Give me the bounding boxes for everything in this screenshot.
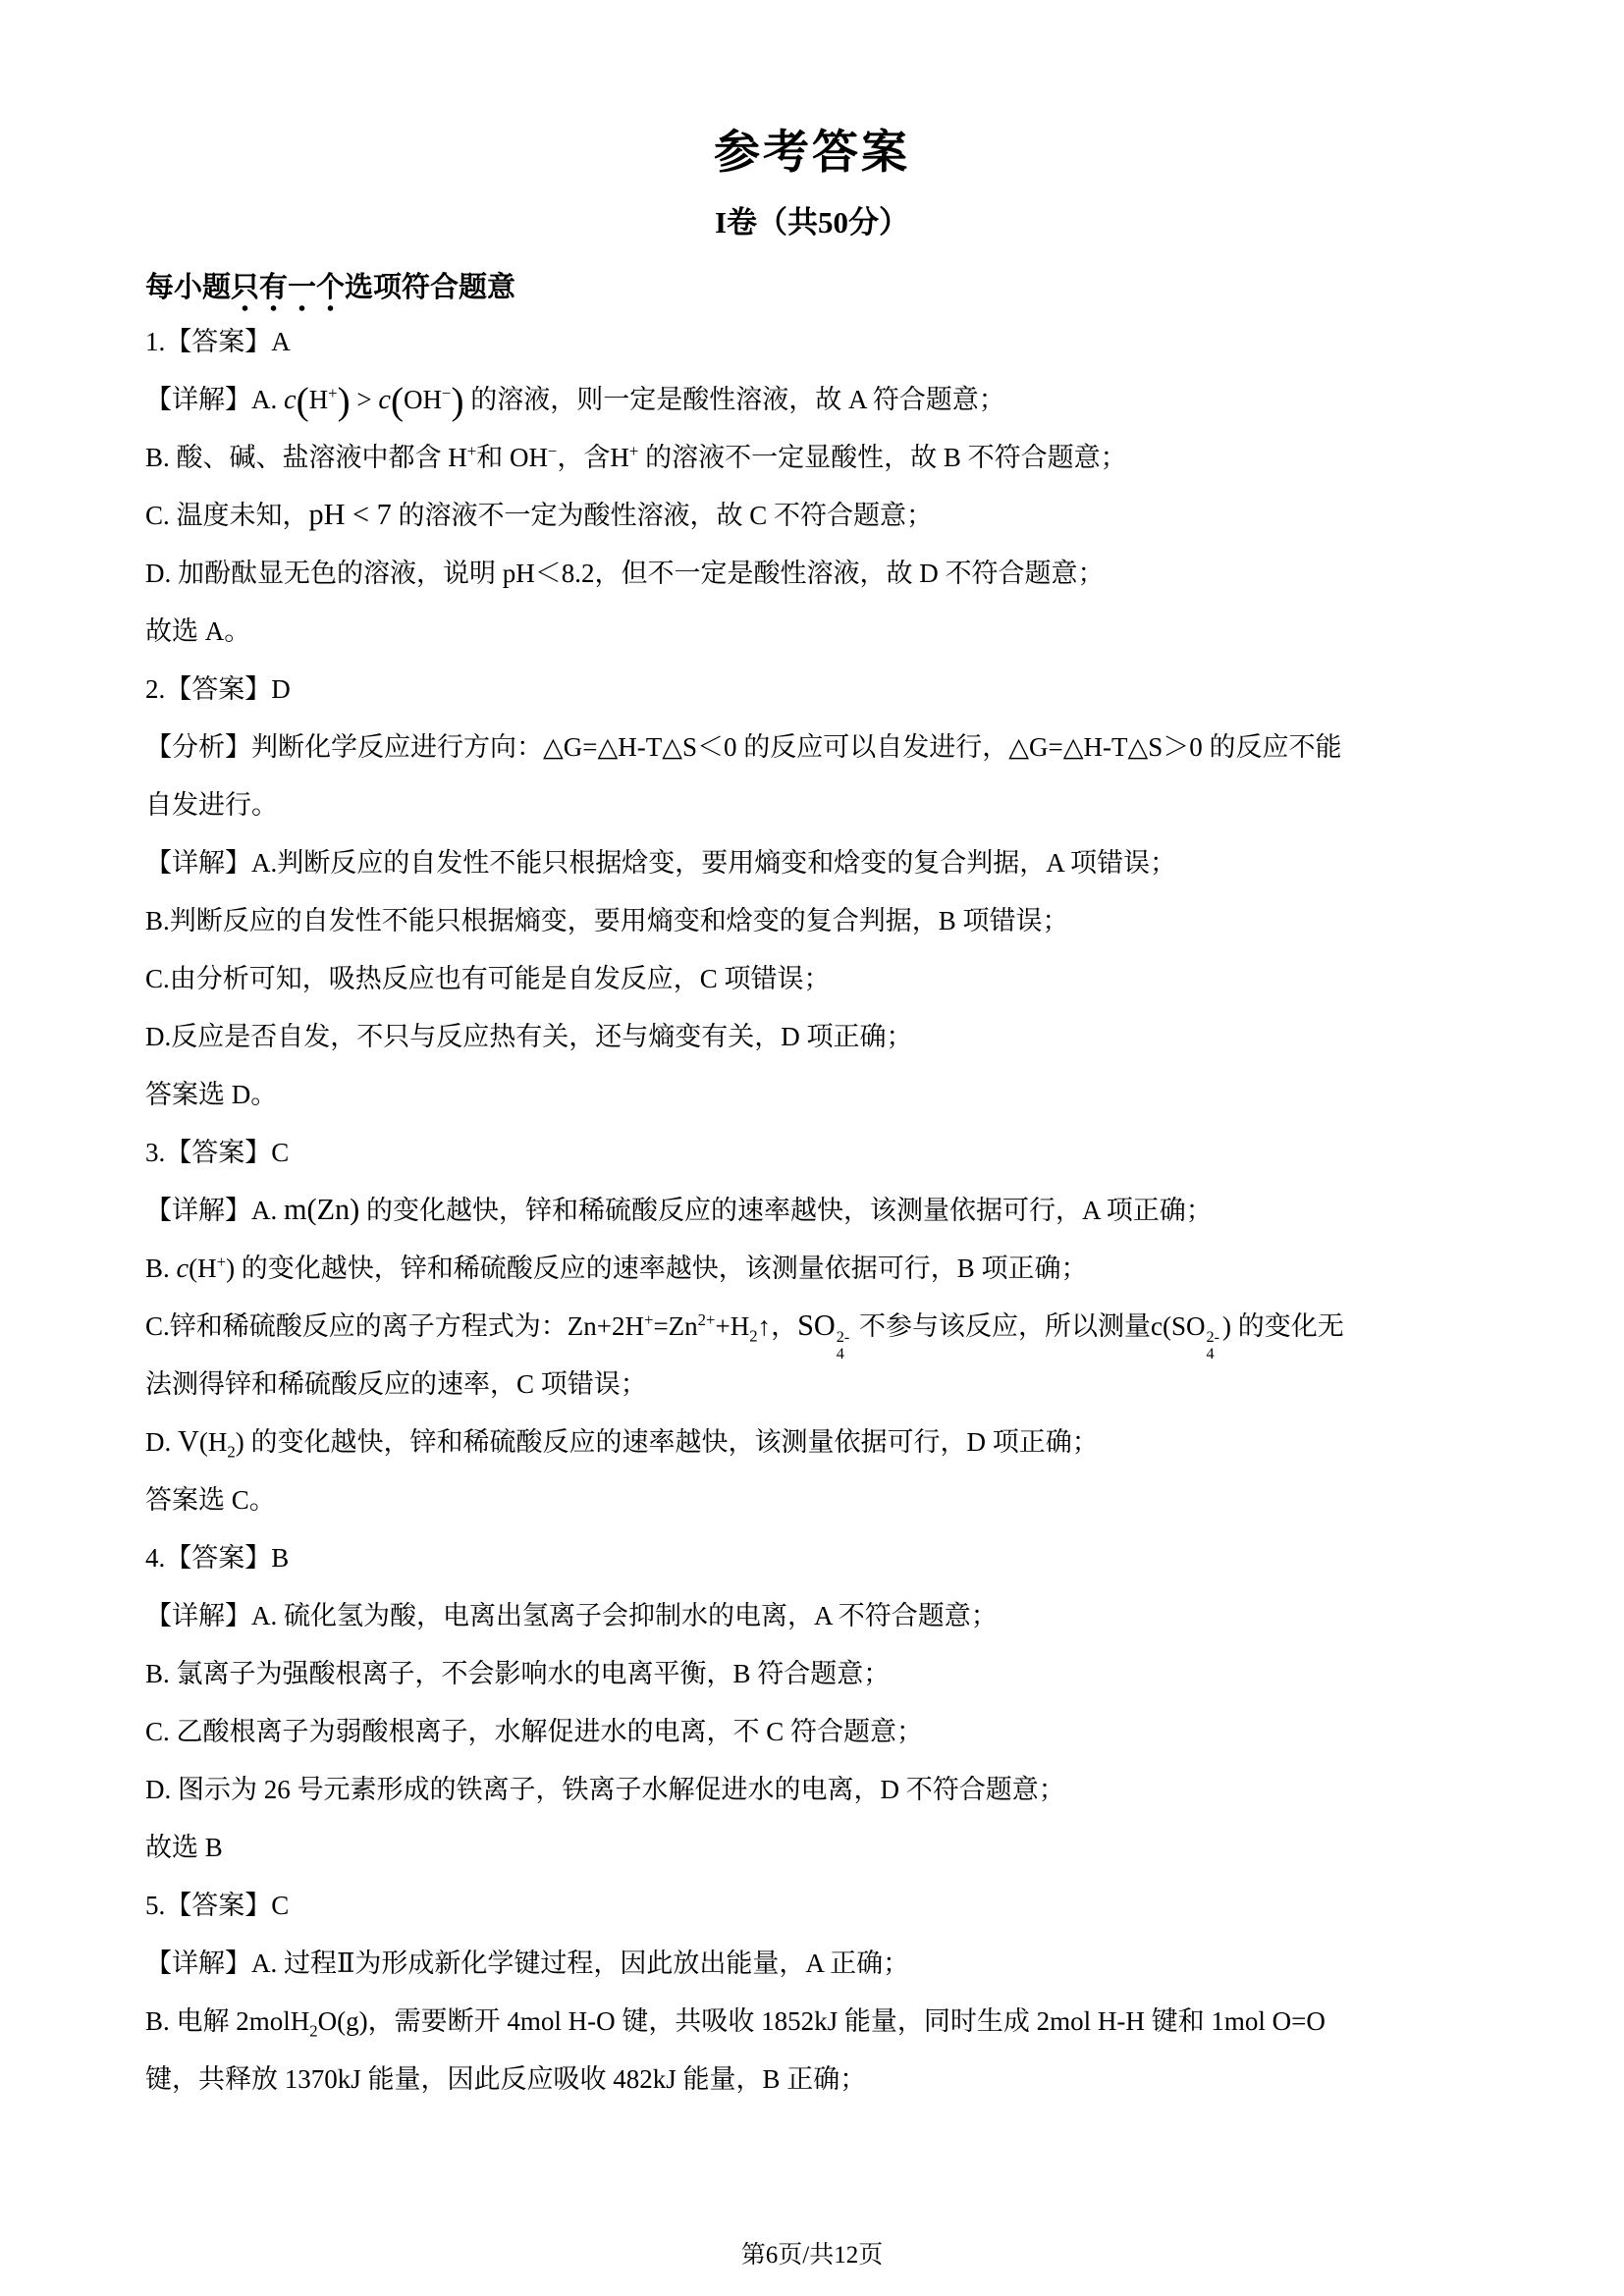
answer-block-1: 1.【答案】A【详解】A. c(H+) > c(OH−) 的溶液，则一定是酸性溶… (145, 313, 1506, 661)
text-line: D. 加酚酞显无色的溶液，说明 pH＜8.2，但不一定是酸性溶液，故 D 不符合… (145, 545, 1506, 603)
page-number: 第6页/共12页 (0, 2235, 1624, 2270)
text-line: 答案选 C。 (145, 1471, 1506, 1529)
ion-charge-stack: 2-4 (837, 1329, 849, 1362)
text-line: 【详解】A. 硫化氢为酸，电离出氢离子会抑制水的电离，A 不符合题意； (145, 1587, 1506, 1645)
text-line: D. 图示为 26 号元素形成的铁离子，铁离子水解促进水的电离，D 不符合题意； (145, 1761, 1506, 1819)
answer-block-3: 3.【答案】C【详解】A. m(Zn) 的变化越快，锌和稀硫酸反应的速率越快，该… (145, 1124, 1506, 1529)
text-line: 5.【答案】C (145, 1877, 1506, 1935)
answer-block-4: 4.【答案】B【详解】A. 硫化氢为酸，电离出氢离子会抑制水的电离，A 不符合题… (145, 1529, 1506, 1877)
text-line: B. 酸、碱、盐溶液中都含 H+和 OH−，含H+ 的溶液不一定显酸性，故 B … (145, 429, 1506, 487)
instruction-heading: 每小题只有一个选项符合题意 (145, 265, 1624, 305)
answer-block-2: 2.【答案】D【分析】判断化学反应进行方向：△G=△H-T△S＜0 的反应可以自… (145, 661, 1506, 1124)
text-line: 故选 B (145, 1819, 1506, 1877)
section-title: I卷（共50分） (0, 197, 1624, 241)
text-line: D. V(H2) 的变化越快，锌和稀硫酸反应的速率越快，该测量依据可行，D 项正… (145, 1414, 1506, 1471)
text-line: D.反应是否自发，不只与反应热有关，还与熵变有关，D 项正确； (145, 1008, 1506, 1066)
text-line: 【详解】A. 过程Ⅱ为形成新化学键过程，因此放出能量，A 正确； (145, 1935, 1506, 1993)
text-line: 法测得锌和稀硫酸反应的速率，C 项错误； (145, 1356, 1506, 1414)
text-line: B. 电解 2molH2O(g)，需要断开 4mol H-O 键，共吸收 185… (145, 1993, 1506, 2051)
text-line: C.由分析可知，吸热反应也有可能是自发反应，C 项错误； (145, 950, 1506, 1008)
answer-block-5: 5.【答案】C【详解】A. 过程Ⅱ为形成新化学键过程，因此放出能量，A 正确；B… (145, 1877, 1506, 2109)
document-page: 参考答案 I卷（共50分） 每小题只有一个选项符合题意 1.【答案】A【详解】A… (0, 0, 1624, 2296)
ion-charge-stack: 2-4 (1206, 1329, 1218, 1362)
text-line: 故选 A。 (145, 603, 1506, 661)
answers-list: 1.【答案】A【详解】A. c(H+) > c(OH−) 的溶液，则一定是酸性溶… (145, 313, 1506, 2109)
page-title: 参考答案 (0, 116, 1624, 182)
text-line: B. 氯离子为强酸根离子，不会影响水的电离平衡，B 符合题意； (145, 1645, 1506, 1703)
text-line: C. 乙酸根离子为弱酸根离子，水解促进水的电离，不 C 符合题意； (145, 1703, 1506, 1761)
text-line: 键，共释放 1370kJ 能量，因此反应吸收 482kJ 能量，B 正确； (145, 2051, 1506, 2109)
text-line: 【详解】A. c(H+) > c(OH−) 的溶液，则一定是酸性溶液，故 A 符… (145, 371, 1506, 429)
text-line: B. c(H+) 的变化越快，锌和稀硫酸反应的速率越快，该测量依据可行，B 项正… (145, 1240, 1506, 1298)
text-line: 答案选 D。 (145, 1066, 1506, 1124)
text-line: 【分析】判断化学反应进行方向：△G=△H-T△S＜0 的反应可以自发进行，△G=… (145, 719, 1506, 776)
text-line: 2.【答案】D (145, 661, 1506, 719)
text-line: C. 温度未知，pH < 7 的溶液不一定为酸性溶液，故 C 不符合题意； (145, 487, 1506, 545)
text-line: 自发进行。 (145, 776, 1506, 834)
text-line: 【详解】A.判断反应的自发性不能只根据焓变，要用熵变和焓变的复合判据，A 项错误… (145, 834, 1506, 892)
text-line: 1.【答案】A (145, 313, 1506, 371)
text-line: 【详解】A. m(Zn) 的变化越快，锌和稀硫酸反应的速率越快，该测量依据可行，… (145, 1182, 1506, 1240)
text-line: 3.【答案】C (145, 1124, 1506, 1182)
text-line: C.锌和稀硫酸反应的离子方程式为：Zn+2H+=Zn2++H2↑，SO2-4 不… (145, 1298, 1506, 1356)
text-line: B.判断反应的自发性不能只根据熵变，要用熵变和焓变的复合判据，B 项错误； (145, 892, 1506, 950)
text-line: 4.【答案】B (145, 1529, 1506, 1587)
